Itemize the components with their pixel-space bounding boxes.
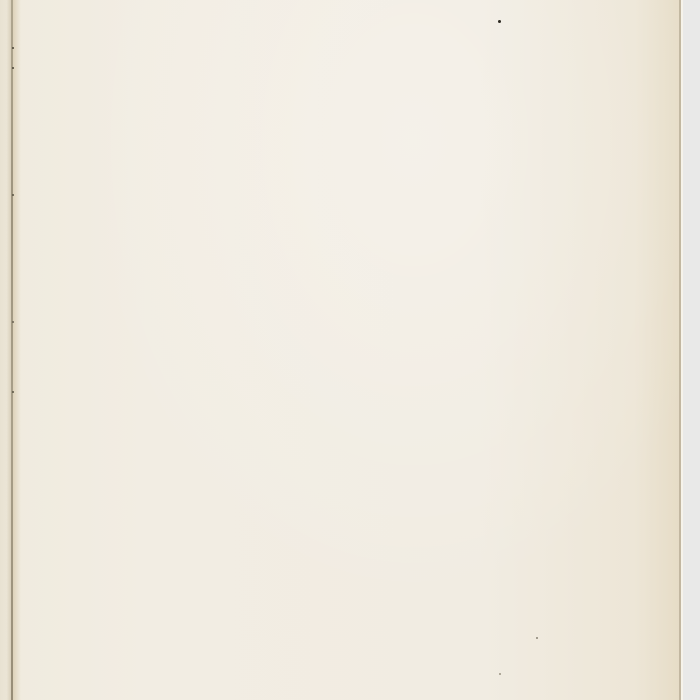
blank-book-page — [13, 0, 681, 700]
facing-page-edge — [0, 0, 11, 700]
foxing-speck — [12, 321, 14, 323]
gutter-line — [11, 0, 13, 700]
gutter-shadow — [13, 0, 21, 700]
foxing-speck — [499, 673, 501, 675]
foxing-speck — [12, 391, 14, 393]
foxing-speck — [12, 194, 14, 196]
foxing-speck — [536, 637, 538, 639]
foxing-speck — [12, 67, 14, 69]
foxing-speck — [498, 20, 501, 23]
scanned-page-view — [0, 0, 700, 700]
scan-background — [683, 0, 700, 700]
page-text-area — [73, 60, 621, 640]
foxing-speck — [12, 47, 14, 49]
